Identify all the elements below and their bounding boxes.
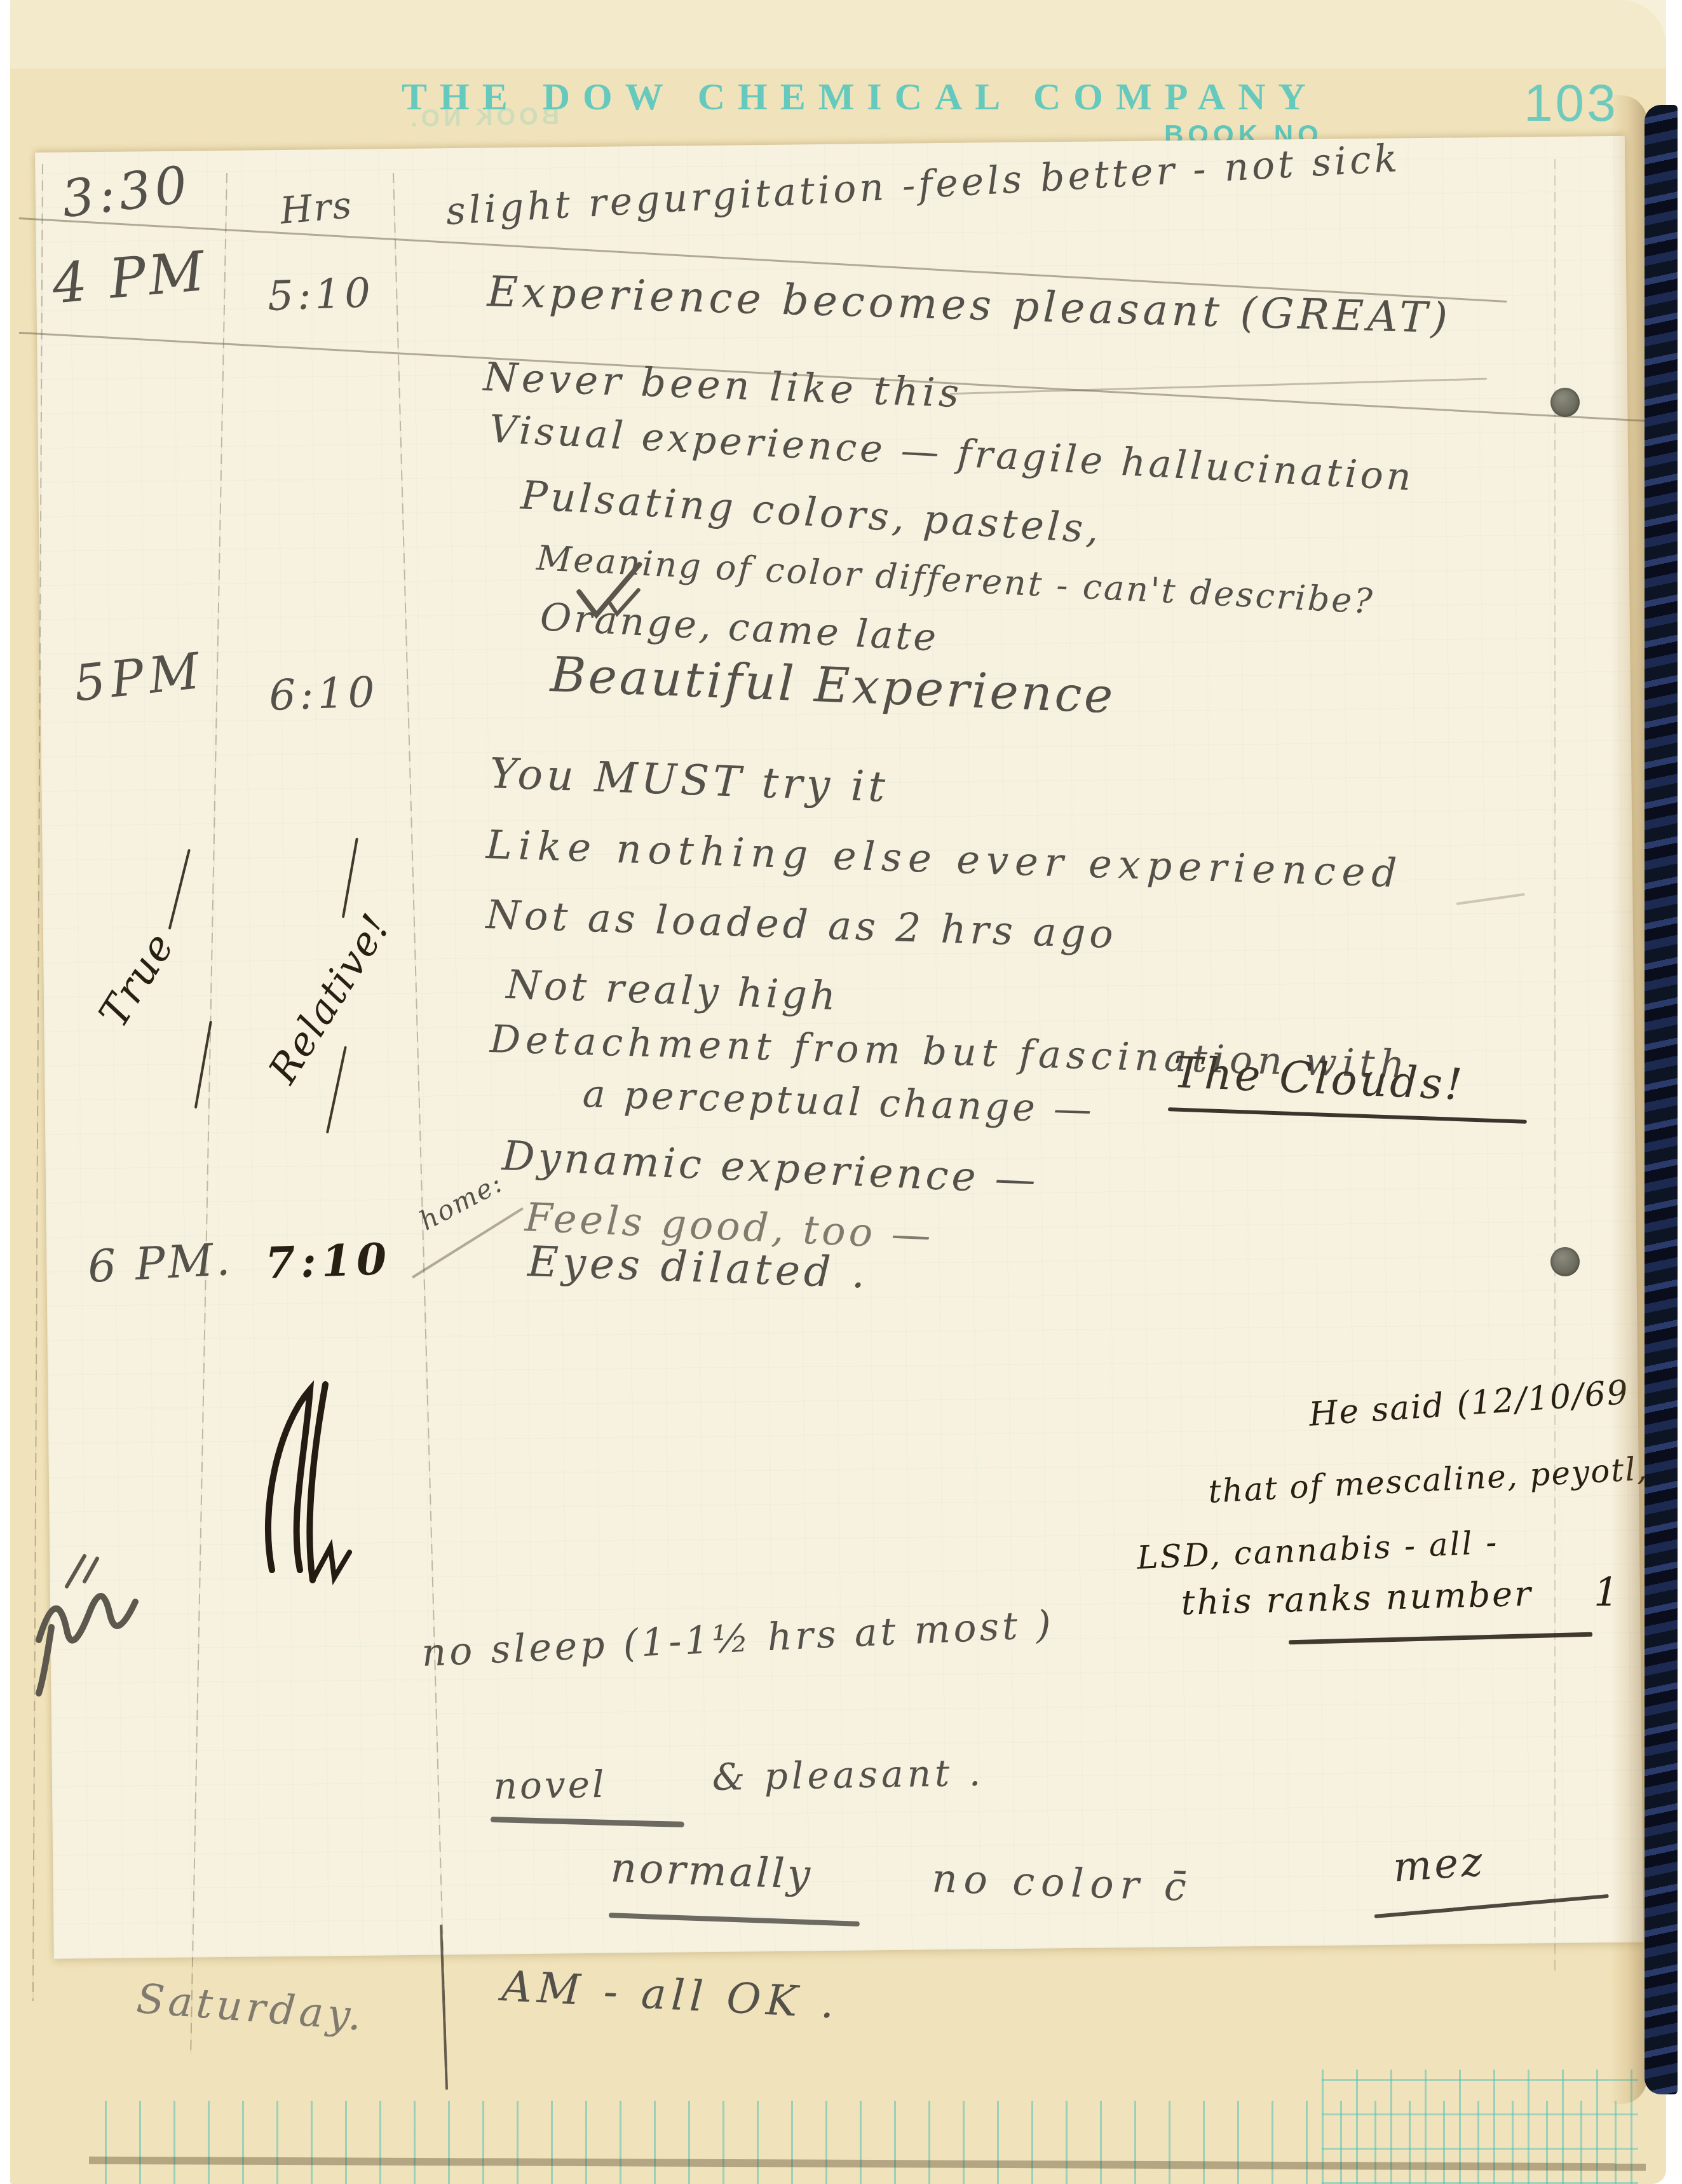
obs-mez: mez: [1392, 1838, 1486, 1892]
page-edge-curl: [1610, 95, 1647, 2104]
page-number: 103: [1524, 74, 1618, 133]
hrs-column-label: Hrs: [278, 183, 355, 233]
pencil-scribble: [29, 1551, 238, 1697]
entry-time-4pm: 4 PM: [50, 240, 210, 317]
entry-time-6pm: 6 PM.: [86, 1233, 234, 1293]
obs-normally: normally: [609, 1845, 813, 1899]
elapsed-510: 5:10: [267, 270, 375, 320]
notebook-page-scan: THE DOW CHEMICAL COMPANY BOOK NO. BOOK N…: [0, 0, 1682, 2184]
punch-hole-top: [1550, 388, 1580, 417]
elapsed-610: 6:10: [268, 667, 379, 720]
obs-no-color-with: no color c̄: [931, 1855, 1193, 1910]
book-binding: [1645, 105, 1678, 2094]
elapsed-710: 7:10: [264, 1234, 393, 1289]
obs-and-pleasant: & pleasant .: [712, 1751, 985, 1799]
check-mark: [567, 548, 653, 634]
punch-hole-bottom: [1550, 1247, 1580, 1276]
right-margin-line: [1554, 159, 1556, 1970]
ink-scribble: [254, 1379, 394, 1589]
bleed-through-book-no: BOOK NO.: [407, 103, 560, 133]
top-paper-band: [10, 0, 1666, 69]
obs-novel: novel: [493, 1763, 607, 1808]
